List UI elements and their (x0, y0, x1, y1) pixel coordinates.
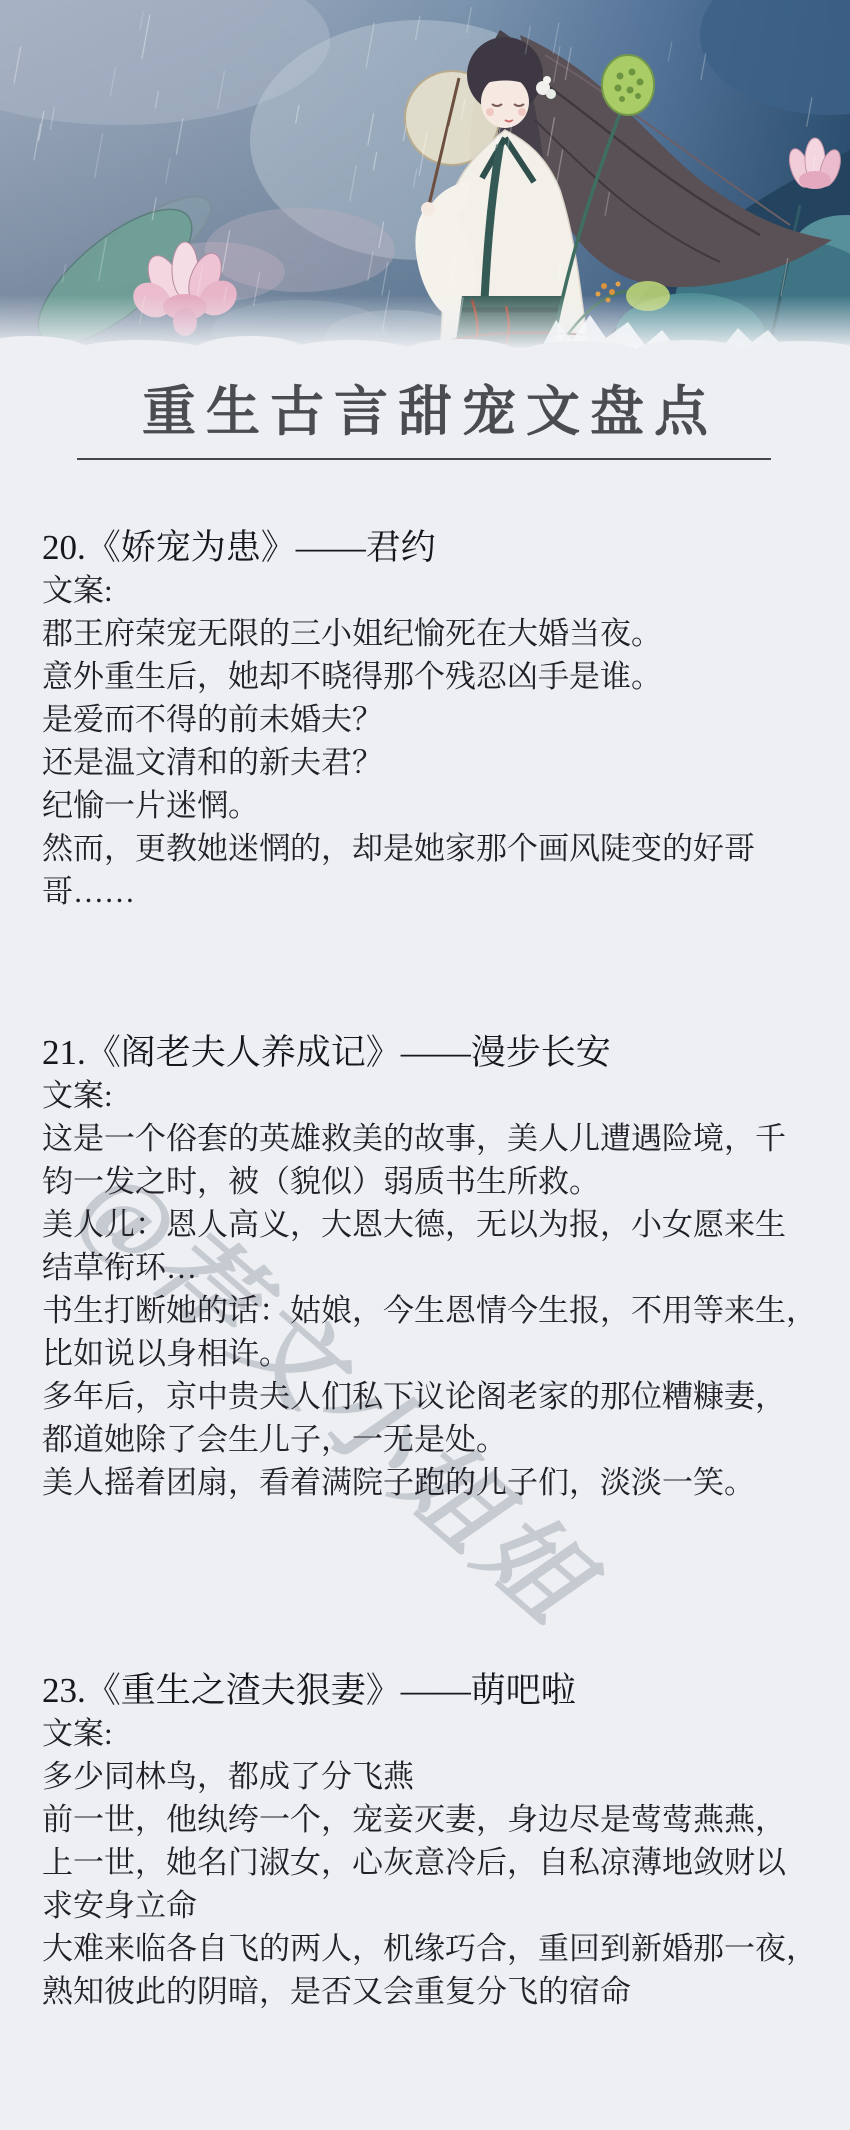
book-description: 多少同林鸟，都成了分飞燕前一世，他纨绔一个，宠妾灭妻，身边尽是莺莺燕燕，上一世，… (42, 1755, 812, 2013)
description-line: 多年后，京中贵夫人们私下议论阁老家的那位糟糠妻， (42, 1375, 812, 1418)
header-illustration (0, 0, 850, 350)
book-heading: 23.《重生之渣夫狠妻》——萌吧啦 (42, 1670, 812, 1712)
description-line: 多少同林鸟，都成了分飞燕 (42, 1755, 812, 1798)
description-line: 纪愉一片迷惘。 (42, 784, 812, 827)
description-line: 是爱而不得的前未婚夫？ (42, 698, 812, 741)
description-line: 美人摇着团扇，看着满院子跑的儿子们，淡淡一笑。 (42, 1461, 812, 1504)
blush (486, 108, 494, 116)
book-description: 这是一个俗套的英雄救美的故事，美人儿遭遇险境，千钧一发之时，被（貌似）弱质书生所… (42, 1117, 812, 1504)
book-entry: 23.《重生之渣夫狠妻》——萌吧啦 文案: 多少同林鸟，都成了分飞燕前一世，他纨… (42, 1670, 812, 2013)
description-line: 还是温文清和的新夫君？ (42, 741, 812, 784)
copy-label: 文案: (42, 1074, 812, 1117)
description-line: 钧一发之时，被（貌似）弱质书生所救。 (42, 1160, 812, 1203)
book-list: 20.《娇宠为患》——君约 文案: 郡王府荣宠无限的三小姐纪愉死在大婚当夜。意外… (0, 527, 850, 2013)
mist-fade (0, 295, 850, 350)
page: 重生古言甜宠文盘点 @荐文小姐姐 20.《娇宠为患》——君约 文案: 郡王府荣宠… (0, 0, 850, 2130)
description-line: 结草衔环… (42, 1246, 812, 1289)
book-heading: 21.《阁老夫人养成记》——漫步长安 (42, 1032, 812, 1074)
description-line: 上一世，她名门淑女，心灰意冷后，自私凉薄地敛财以 (42, 1841, 812, 1884)
description-line: 熟知彼此的阴暗，是否又会重复分飞的宿命 (42, 1970, 812, 2013)
book-entry: 20.《娇宠为患》——君约 文案: 郡王府荣宠无限的三小姐纪愉死在大婚当夜。意外… (42, 527, 812, 913)
title-divider (77, 458, 771, 460)
lotus-girl-illustration (0, 0, 850, 350)
description-line: 书生打断她的话：姑娘，今生恩情今生报，不用等来生， (42, 1289, 812, 1332)
page-title: 重生古言甜宠文盘点 (0, 384, 850, 440)
description-line: 前一世，他纨绔一个，宠妾灭妻，身边尽是莺莺燕燕， (42, 1798, 812, 1841)
description-line: 都道她除了会生儿子，一无是处。 (42, 1418, 812, 1461)
book-description: 郡王府荣宠无限的三小姐纪愉死在大婚当夜。意外重生后，她却不晓得那个残忍凶手是谁。… (42, 612, 812, 913)
description-line: 意外重生后，她却不晓得那个残忍凶手是谁。 (42, 655, 812, 698)
entries-container: 20.《娇宠为患》——君约 文案: 郡王府荣宠无限的三小姐纪愉死在大婚当夜。意外… (42, 527, 812, 2013)
description-line: 这是一个俗套的英雄救美的故事，美人儿遭遇险境，千 (42, 1117, 812, 1160)
description-line: 大难来临各自飞的两人，机缘巧合，重回到新婚那一夜， (42, 1927, 812, 1970)
description-line: 然而，更教她迷惘的，却是她家那个画风陡变的好哥 (42, 827, 812, 870)
book-heading: 20.《娇宠为患》——君约 (42, 527, 812, 569)
copy-label: 文案: (42, 1712, 812, 1755)
book-entry: 21.《阁老夫人养成记》——漫步长安 文案: 这是一个俗套的英雄救美的故事，美人… (42, 1032, 812, 1504)
description-line: 美人儿：恩人高义，大恩大德，无以为报，小女愿来生 (42, 1203, 812, 1246)
description-line: 比如说以身相许。 (42, 1332, 812, 1375)
description-line: 哥…… (42, 870, 812, 913)
description-line: 求安身立命 (42, 1884, 812, 1927)
description-line: 郡王府荣宠无限的三小姐纪愉死在大婚当夜。 (42, 612, 812, 655)
copy-label: 文案: (42, 569, 812, 612)
